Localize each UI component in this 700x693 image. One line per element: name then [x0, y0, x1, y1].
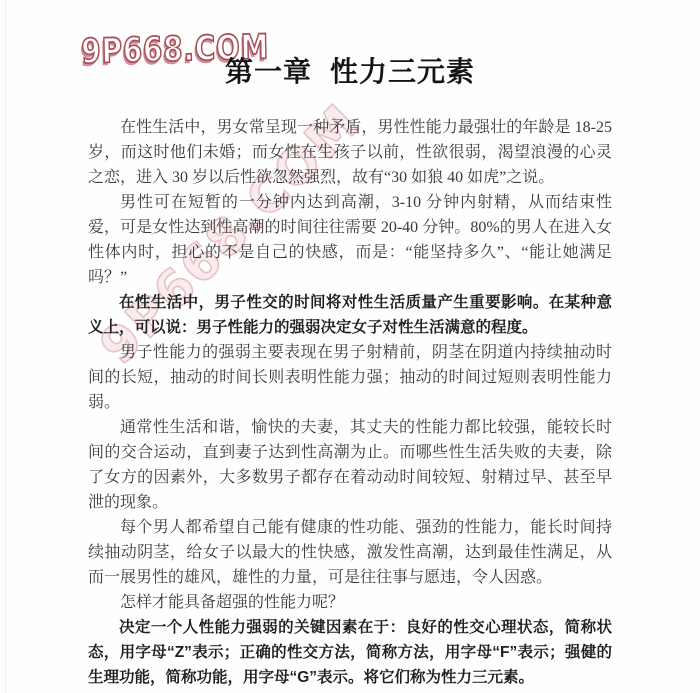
scanned-document-page: 9P668.COM 9P668.COM 第一章 性力三元素 在性生活中，男女常呈… — [0, 0, 700, 693]
paragraph: 男子性能力的强弱主要表现在男子射精前，阴茎在阴道内持续抽动时间的长短，抽动的时间… — [88, 340, 612, 415]
paragraph: 男性可在短暂的一分钟内达到高潮，3-10 分钟内射精，从而结束性爱，可是女性达到… — [88, 190, 612, 290]
body-text: 在性生活中，男女常呈现一种矛盾，男性性能力最强壮的年龄是 18-25 岁，而这时… — [88, 115, 612, 690]
chapter-title: 第一章 性力三元素 — [0, 50, 700, 90]
paragraph: 决定一个人性能力强弱的关键因素在于：良好的性交心理状态，简称状态，用字母“Z”表… — [88, 615, 612, 690]
paragraph: 怎样才能具备超强的性能力呢？ — [88, 590, 612, 615]
paragraph: 通常性生活和谐，愉快的夫妻，其丈夫的性能力都比较强，能较长时间的交合运动，直到妻… — [88, 415, 612, 515]
paragraph: 在性生活中，男女常呈现一种矛盾，男性性能力最强壮的年龄是 18-25 岁，而这时… — [88, 115, 612, 190]
page-scan-edge — [5, 0, 6, 693]
paragraph: 在性生活中，男子性交的时间将对性生活质量产生重要影响。在某种意义上，可以说：男子… — [88, 290, 612, 340]
paragraph: 每个男人都希望自己能有健康的性功能、强劲的性能力，能长时间持续抽动阴茎，给女子以… — [88, 515, 612, 590]
